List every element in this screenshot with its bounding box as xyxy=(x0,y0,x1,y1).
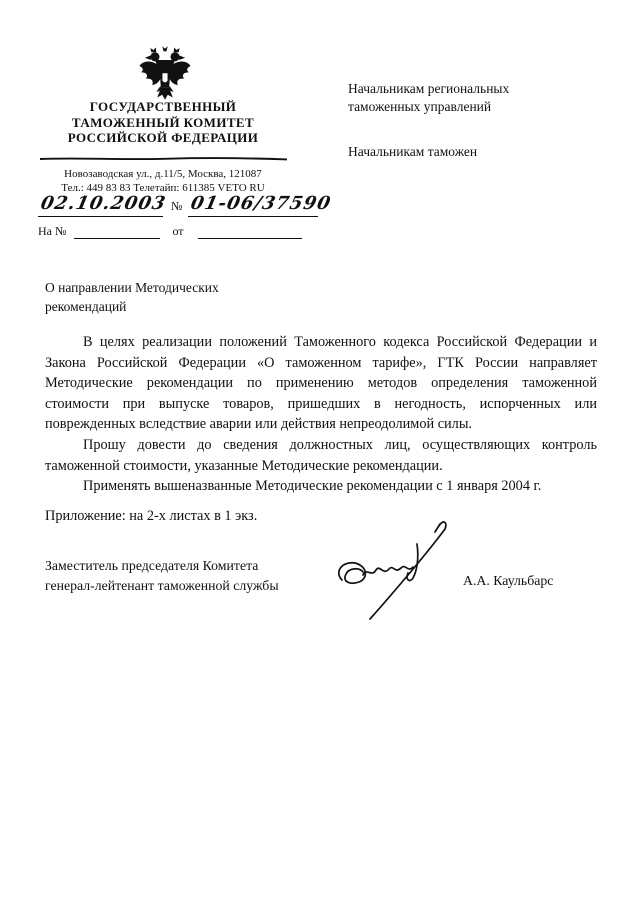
doc-number-field: 01-06/37590 xyxy=(188,194,318,217)
org-address-block: Новозаводская ул., д.11/5, Москва, 12108… xyxy=(24,168,302,195)
subject-line: О направлении Методических xyxy=(45,279,219,298)
signer-name: А.А. Каульбарс xyxy=(463,573,553,589)
reply-date-blank xyxy=(198,225,302,239)
body-paragraph: Применять вышеназванные Методические рек… xyxy=(45,476,597,497)
signer-position-block: Заместитель председателя Комитета генера… xyxy=(45,556,279,595)
reply-number-blank xyxy=(74,225,160,239)
reply-to-label: На № xyxy=(38,224,66,239)
handwritten-signature xyxy=(332,516,464,622)
body-paragraph: В целях реализации положений Таможенного… xyxy=(45,332,597,435)
date-number-row: 02.10.2003 № 01-06/37590 xyxy=(38,194,318,217)
addressee-line: Начальникам таможен xyxy=(348,143,509,161)
reply-reference-row: На № от xyxy=(38,224,318,239)
addressee-line: Начальникам региональных xyxy=(348,80,509,98)
org-name-line: ТАМОЖЕННЫЙ КОМИТЕТ xyxy=(30,115,296,131)
body-paragraph: Прошу довести до сведения должностных ли… xyxy=(45,435,597,476)
reply-from-label: от xyxy=(172,224,183,239)
signer-position-line: Заместитель председателя Комитета xyxy=(45,556,279,576)
addressee-block: Начальникам региональных таможенных упра… xyxy=(348,80,509,161)
letter-body: В целях реализации положений Таможенного… xyxy=(45,332,597,497)
subject-line: рекомендаций xyxy=(45,298,219,317)
org-name-line: РОССИЙСКОЙ ФЕДЕРАЦИИ xyxy=(30,130,296,146)
handwritten-date: 02.10.2003 xyxy=(39,194,168,214)
number-sign-label: № xyxy=(163,199,188,217)
handwritten-doc-number: 01-06/37590 xyxy=(189,194,333,214)
subject-block: О направлении Методических рекомендаций xyxy=(45,279,219,316)
letter-page: ГОСУДАРСТВЕННЫЙ ТАМОЖЕННЫЙ КОМИТЕТ РОССИ… xyxy=(0,0,640,900)
org-name-line: ГОСУДАРСТВЕННЫЙ xyxy=(30,99,296,115)
letterhead-divider-line xyxy=(39,156,288,162)
org-address-line: Новозаводская ул., д.11/5, Москва, 12108… xyxy=(24,168,302,182)
date-field: 02.10.2003 xyxy=(38,194,163,217)
addressee-line: таможенных управлений xyxy=(348,98,509,116)
org-name-block: ГОСУДАРСТВЕННЫЙ ТАМОЖЕННЫЙ КОМИТЕТ РОССИ… xyxy=(30,99,296,146)
attachment-note: Приложение: на 2-х листах в 1 экз. xyxy=(45,508,257,525)
signer-position-line: генерал-лейтенант таможенной службы xyxy=(45,576,279,596)
